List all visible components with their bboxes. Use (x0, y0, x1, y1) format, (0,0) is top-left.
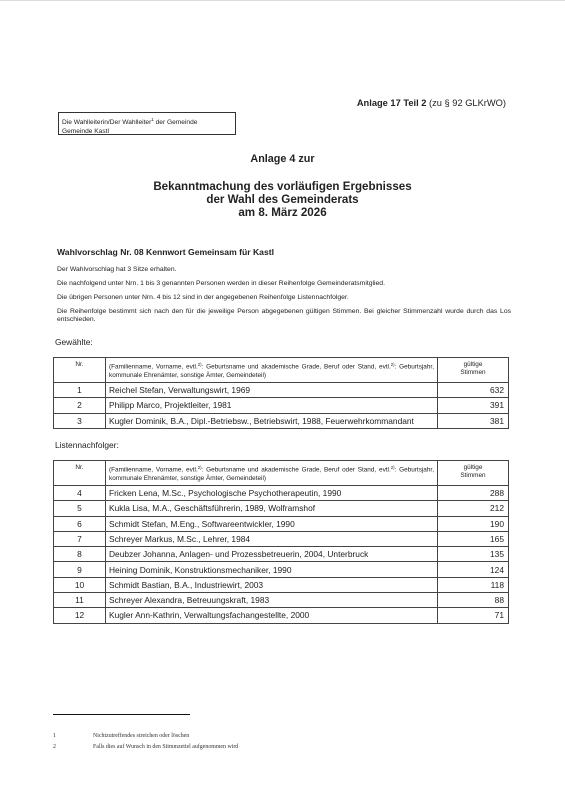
header-valid-votes: gültigeStimmen (438, 461, 509, 486)
candidate-number: 5 (54, 501, 106, 516)
candidate-number: 7 (54, 531, 106, 546)
proposal-heading: Wahlvorschlag Nr. 08 Kennwort Gemeinsam … (57, 247, 274, 257)
footnote-text: Falls dies auf Wunsch in den Stimmzettel… (93, 744, 238, 750)
title-line-2: der Wahl des Gemeinderats (0, 193, 565, 206)
candidate-details: Schmidt Stefan, M.Eng., Softwareentwickl… (106, 516, 438, 531)
annex-reference-law: (zu § 92 GLKrWO) (426, 98, 506, 108)
candidate-number: 3 (54, 413, 106, 428)
candidate-number: 9 (54, 562, 106, 577)
candidate-details: Fricken Lena, M.Sc., Psychologische Psyc… (106, 485, 438, 500)
candidate-details: Schreyer Alexandra, Betreuungskraft, 198… (106, 592, 438, 607)
candidate-details: Kugler Ann-Kathrin, Verwaltungsfachanges… (106, 608, 438, 623)
candidate-details: Schreyer Markus, M.Sc., Lehrer, 1984 (106, 531, 438, 546)
table-row: 9Heining Dominik, Konstruktionsmechanike… (54, 562, 509, 577)
footnote-1: 1Nichtzutreffendes streichen oder lösche… (53, 733, 189, 739)
valid-votes: 71 (438, 608, 509, 623)
annex-reference: Anlage 17 Teil 2 (zu § 92 GLKrWO) (357, 98, 506, 108)
table-header-row: Nr. (Familienname, Vorname, evtl.2): Geb… (54, 358, 509, 383)
valid-votes: 124 (438, 562, 509, 577)
candidate-details: Heining Dominik, Konstruktionsmechaniker… (106, 562, 438, 577)
header-nr: Nr. (54, 358, 106, 383)
candidate-details: Kugler Dominik, B.A., Dipl.-Betriebsw., … (106, 413, 438, 428)
candidate-details: Deubzer Johanna, Anlagen- und Prozessbet… (106, 547, 438, 562)
annex-reference-bold: Anlage 17 Teil 2 (357, 98, 427, 108)
candidate-number: 6 (54, 516, 106, 531)
valid-votes: 381 (438, 413, 509, 428)
candidate-number: 4 (54, 485, 106, 500)
candidate-details: Kukla Lisa, M.A., Geschäftsführerin, 198… (106, 501, 438, 516)
header-nr: Nr. (54, 461, 106, 486)
valid-votes: 135 (438, 547, 509, 562)
table-row: 3Kugler Dominik, B.A., Dipl.-Betriebsw.,… (54, 413, 509, 428)
footnote-separator (53, 714, 190, 715)
valid-votes: 288 (438, 485, 509, 500)
document-title: Bekanntmachung des vorläufigen Ergebniss… (0, 180, 565, 220)
header-name-details: (Familienname, Vorname, evtl.2): Geburts… (106, 358, 438, 383)
candidate-details: Reichel Stefan, Verwaltungswirt, 1969 (106, 382, 438, 397)
candidate-number: 1 (54, 382, 106, 397)
order-paragraph: Die Reihenfolge bestimmt sich nach den f… (57, 308, 511, 325)
header-valid-votes: gültigeStimmen (438, 358, 509, 383)
footnote-number: 2 (53, 744, 93, 750)
footnote-2: 2Falls dies auf Wunsch in den Stimmzette… (53, 744, 238, 750)
seats-paragraph: Der Wahlvorschlag hat 3 Sitze erhalten. (57, 266, 511, 274)
authority-suffix: der Gemeinde (154, 119, 198, 126)
valid-votes: 190 (438, 516, 509, 531)
authority-title: Die Wahlleiterin/Der Wahlleiter (62, 119, 151, 126)
annex-title: Anlage 4 zur (0, 153, 565, 165)
valid-votes: 118 (438, 577, 509, 592)
valid-votes: 212 (438, 501, 509, 516)
table-row: 1Reichel Stefan, Verwaltungswirt, 196963… (54, 382, 509, 397)
candidate-number: 11 (54, 592, 106, 607)
valid-votes: 165 (438, 531, 509, 546)
candidate-number: 2 (54, 398, 106, 413)
candidate-details: Philipp Marco, Projektleiter, 1981 (106, 398, 438, 413)
candidate-number: 10 (54, 577, 106, 592)
valid-votes: 88 (438, 592, 509, 607)
authority-line-1: Die Wahlleiterin/Der Wahlleiter1 der Gem… (62, 115, 235, 127)
table-row: 10Schmidt Bastian, B.A., Industriewirt, … (54, 577, 509, 592)
election-authority-box: Die Wahlleiterin/Der Wahlleiter1 der Gem… (58, 112, 236, 135)
successors-table: Nr. (Familienname, Vorname, evtl.2): Geb… (53, 460, 509, 624)
elected-label: Gewählte: (55, 337, 93, 347)
title-line-1: Bekanntmachung des vorläufigen Ergebniss… (0, 180, 565, 193)
municipality-name: Gemeinde Kastl (62, 127, 235, 136)
valid-votes: 632 (438, 382, 509, 397)
elected-table: Nr. (Familienname, Vorname, evtl.2): Geb… (53, 357, 509, 429)
elected-paragraph: Die nachfolgend unter Nrn. 1 bis 3 genan… (57, 280, 511, 288)
table-row: 2Philipp Marco, Projektleiter, 1981391 (54, 398, 509, 413)
title-line-3: am 8. März 2026 (0, 206, 565, 219)
table-header-row: Nr. (Familienname, Vorname, evtl.2): Geb… (54, 461, 509, 486)
table-row: 8Deubzer Johanna, Anlagen- und Prozessbe… (54, 547, 509, 562)
table-row: 6Schmidt Stefan, M.Eng., Softwareentwick… (54, 516, 509, 531)
table-row: 11Schreyer Alexandra, Betreuungskraft, 1… (54, 592, 509, 607)
footnote-number: 1 (53, 733, 93, 739)
table-row: 7Schreyer Markus, M.Sc., Lehrer, 1984165 (54, 531, 509, 546)
page-top-edge (0, 0, 565, 1)
candidate-details: Schmidt Bastian, B.A., Industriewirt, 20… (106, 577, 438, 592)
table-row: 12Kugler Ann-Kathrin, Verwaltungsfachang… (54, 608, 509, 623)
footnote-text: Nichtzutreffendes streichen oder löschen (93, 733, 189, 739)
candidate-number: 12 (54, 608, 106, 623)
table-row: 5Kukla Lisa, M.A., Geschäftsführerin, 19… (54, 501, 509, 516)
header-name-details: (Familienname, Vorname, evtl.2): Geburts… (106, 461, 438, 486)
successors-label: Listennachfolger: (55, 440, 119, 450)
valid-votes: 391 (438, 398, 509, 413)
table-row: 4Fricken Lena, M.Sc., Psychologische Psy… (54, 485, 509, 500)
candidate-number: 8 (54, 547, 106, 562)
successors-paragraph: Die übrigen Personen unter Nrn. 4 bis 12… (57, 294, 511, 302)
